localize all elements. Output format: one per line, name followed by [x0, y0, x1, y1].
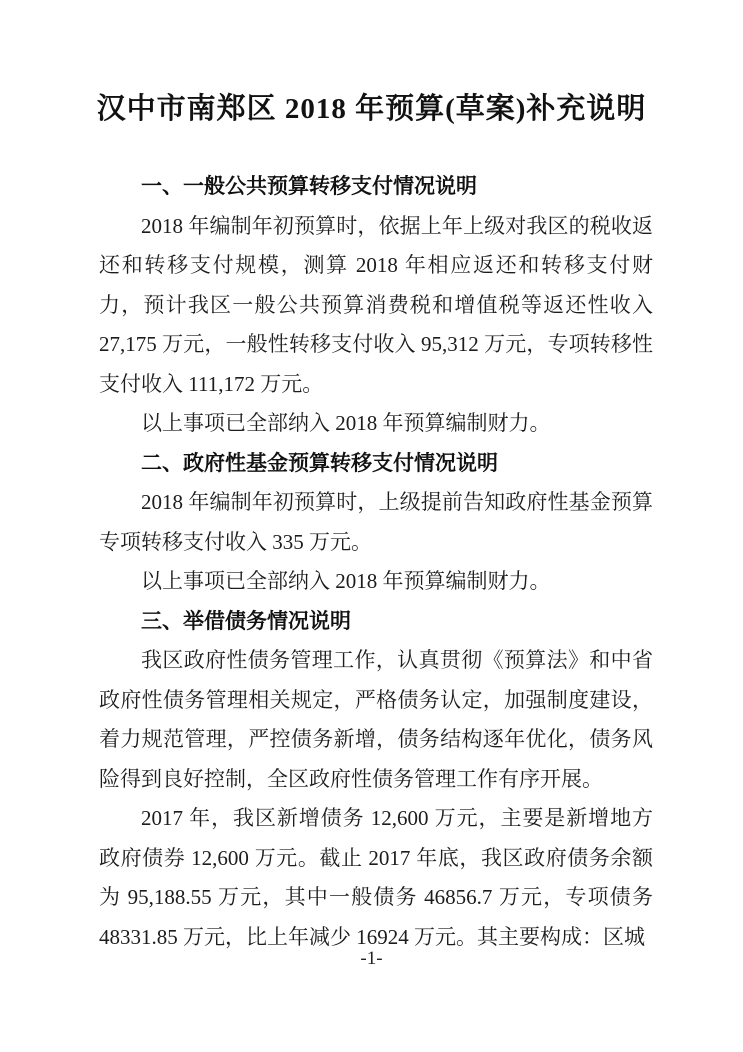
paragraph: 以上事项已全部纳入 2018 年预算编制财力。 [99, 562, 653, 602]
document-title: 汉中市南郑区 2018 年预算(草案)补充说明 [0, 86, 743, 127]
section-heading-1: 一、一般公共预算转移支付情况说明 [99, 167, 653, 207]
paragraph: 2018 年编制年初预算时，上级提前告知政府性基金预算专项转移支付收入 335 … [99, 483, 653, 562]
document-page: 汉中市南郑区 2018 年预算(草案)补充说明 一、一般公共预算转移支付情况说明… [0, 0, 743, 1052]
paragraph: 2018 年编制年初预算时，依据上年上级对我区的税收返还和转移支付规模，测算 2… [99, 207, 653, 405]
paragraph: 以上事项已全部纳入 2018 年预算编制财力。 [99, 404, 653, 444]
section-heading-2: 二、政府性基金预算转移支付情况说明 [99, 444, 653, 484]
document-body: 一、一般公共预算转移支付情况说明 2018 年编制年初预算时，依据上年上级对我区… [99, 167, 653, 957]
section-heading-3: 三、举借债务情况说明 [99, 602, 653, 642]
paragraph: 我区政府性债务管理工作，认真贯彻《预算法》和中省政府性债务管理相关规定，严格债务… [99, 641, 653, 799]
paragraph: 2017 年，我区新增债务 12,600 万元，主要是新增地方政府债券 12,6… [99, 799, 653, 957]
page-number: -1- [0, 948, 743, 970]
